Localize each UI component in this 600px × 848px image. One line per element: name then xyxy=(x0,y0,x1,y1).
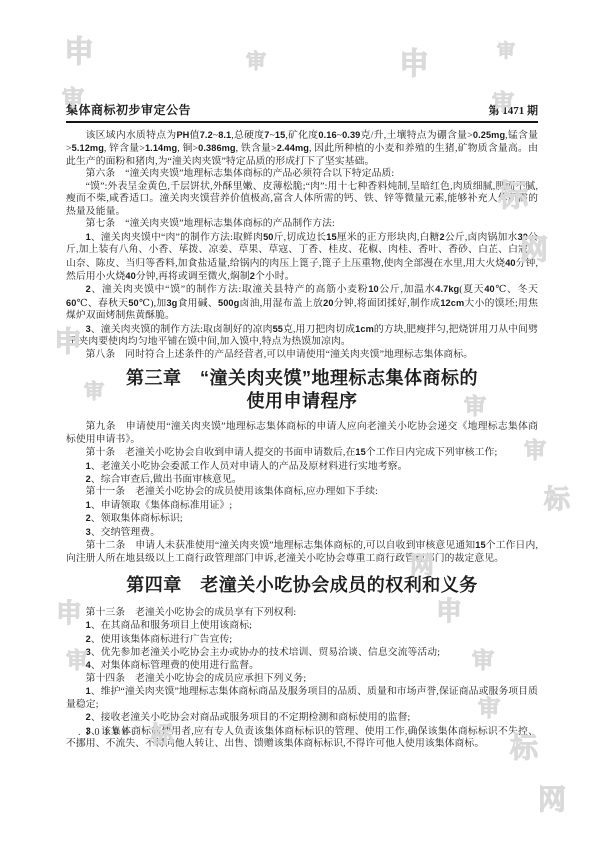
document-paragraph: 2、领取集体商标标识; xyxy=(66,512,538,525)
document-paragraph: 该区域内水质特点为PH值7.2~8.1,总硬度7~15,矿化度0.16~0.39… xyxy=(66,129,538,168)
chapter-heading: 第四章 老潼关小吃协会成员的权利和义务 xyxy=(66,574,538,597)
watermark-glyph: 审 xyxy=(246,52,266,72)
issue-number: 第 1471 期 xyxy=(489,102,539,118)
document-page: 申审申审审审标网申审审审标网申申审审审标标网 集体商标初步审定公告 第 1471… xyxy=(0,0,600,848)
watermark-glyph: 审 xyxy=(497,42,515,60)
document-paragraph: 第七条 “潼关肉夹馍”地理标志集体商标的产品制作方法: xyxy=(66,218,538,230)
page-header: 集体商标初步审定公告 第 1471 期 xyxy=(66,101,538,123)
chapter-heading: 使用申请程序 xyxy=(66,390,538,413)
document-paragraph: 3、潼关肉夹馍的制作方法:取卤制好的凉肉55克,用刀把肉切成1cm的方块,肥瘦拌… xyxy=(66,323,538,349)
watermark-glyph: 网 xyxy=(538,786,566,814)
watermark-glyph: 标 xyxy=(544,486,570,512)
document-paragraph: 3、交纳管理费。 xyxy=(66,526,538,539)
document-paragraph: 1、申请领取《集体商标准用证》; xyxy=(66,499,538,512)
document-paragraph: 1、老潼关小吃协会委派工作人员对申请人的产品及原材料进行实地考察。 xyxy=(66,460,538,473)
watermark-glyph: 申 xyxy=(399,50,429,80)
document-paragraph: 2、综合审查后,做出书面审核意见。 xyxy=(66,473,538,486)
document-paragraph: 第九条 申请使用“潼关肉夹馍”地理标志集体商标的申请人应向老潼关小吃协会递交《地… xyxy=(66,421,538,446)
document-body: 该区域内水质特点为PH值7.2~8.1,总硬度7~15,矿化度0.16~0.39… xyxy=(66,129,538,751)
document-paragraph: 2、接收老潼关小吃协会对商品或服务项目的不定期检测和商标使用的监督; xyxy=(66,711,538,724)
page-number: .10106. xyxy=(78,727,140,738)
chapter-heading: 第三章 “潼关肉夹馍”地理标志集体商标的 xyxy=(66,367,538,390)
document-paragraph: 2、使用该集体商标进行广告宣传; xyxy=(66,633,538,646)
document-paragraph: 2、潼关肉夹馍中“馍”的制作方法:取潼关县特产的高筋小麦粉10公斤,加温水4.7… xyxy=(66,283,538,322)
watermark-glyph: 申 xyxy=(64,38,94,68)
document-paragraph: 第十一条 老潼关小吃协会的成员使用该集体商标,应办理如下手续: xyxy=(66,486,538,498)
journal-title: 集体商标初步审定公告 xyxy=(66,101,191,118)
document-paragraph: 3、优先参加老潼关小吃协会主办或协办的技术培训、贸易洽谈、信息交流等活动; xyxy=(66,646,538,659)
page-content: 集体商标初步审定公告 第 1471 期 该区域内水质特点为PH值7.2~8.1,… xyxy=(66,101,538,751)
document-paragraph: 第六条 “潼关肉夹馍”地理标志集体商标的产品必须符合以下特定品质: xyxy=(66,168,538,180)
document-paragraph: “馍”:外表呈金黄色,千层饼状,外酥里嫩、皮薄松脆;“肉”:用十七种香料炖制,呈… xyxy=(66,181,538,218)
document-paragraph: 第十二条 申请人未获准使用“潼关肉夹馍”地理标志集体商标的,可以自收到审核意见通… xyxy=(66,539,538,565)
document-paragraph: 第十四条 老潼关小吃协会的成员应承担下列义务; xyxy=(66,673,538,685)
document-paragraph: 1、维护“潼关肉夹馍”地理标志集体商标商品及服务项目的品质、质量和市场声誉,保证… xyxy=(66,685,538,711)
document-paragraph: 第十三条 老潼关小吃协会的成员享有下列权利: xyxy=(66,607,538,619)
document-paragraph: 第八条 同时符合上述条件的产品经营者,可以申请使用“潼关肉夹馍”地理标志集体商标… xyxy=(66,349,538,361)
document-paragraph: 第十条 老潼关小吃协会自收到申请人提交的书面申请数后,在15个工作日内完成下列审… xyxy=(66,446,538,459)
document-paragraph: 4、对集体商标管理费的使用进行监督。 xyxy=(66,659,538,672)
document-paragraph: 1、在其商品和服务项目上使用该商标; xyxy=(66,619,538,632)
document-paragraph: 1、潼关肉夹馍中“肉”的制作方法:取鲜肉50斤,切成边长15厘米的正方形块肉,白… xyxy=(66,231,538,284)
